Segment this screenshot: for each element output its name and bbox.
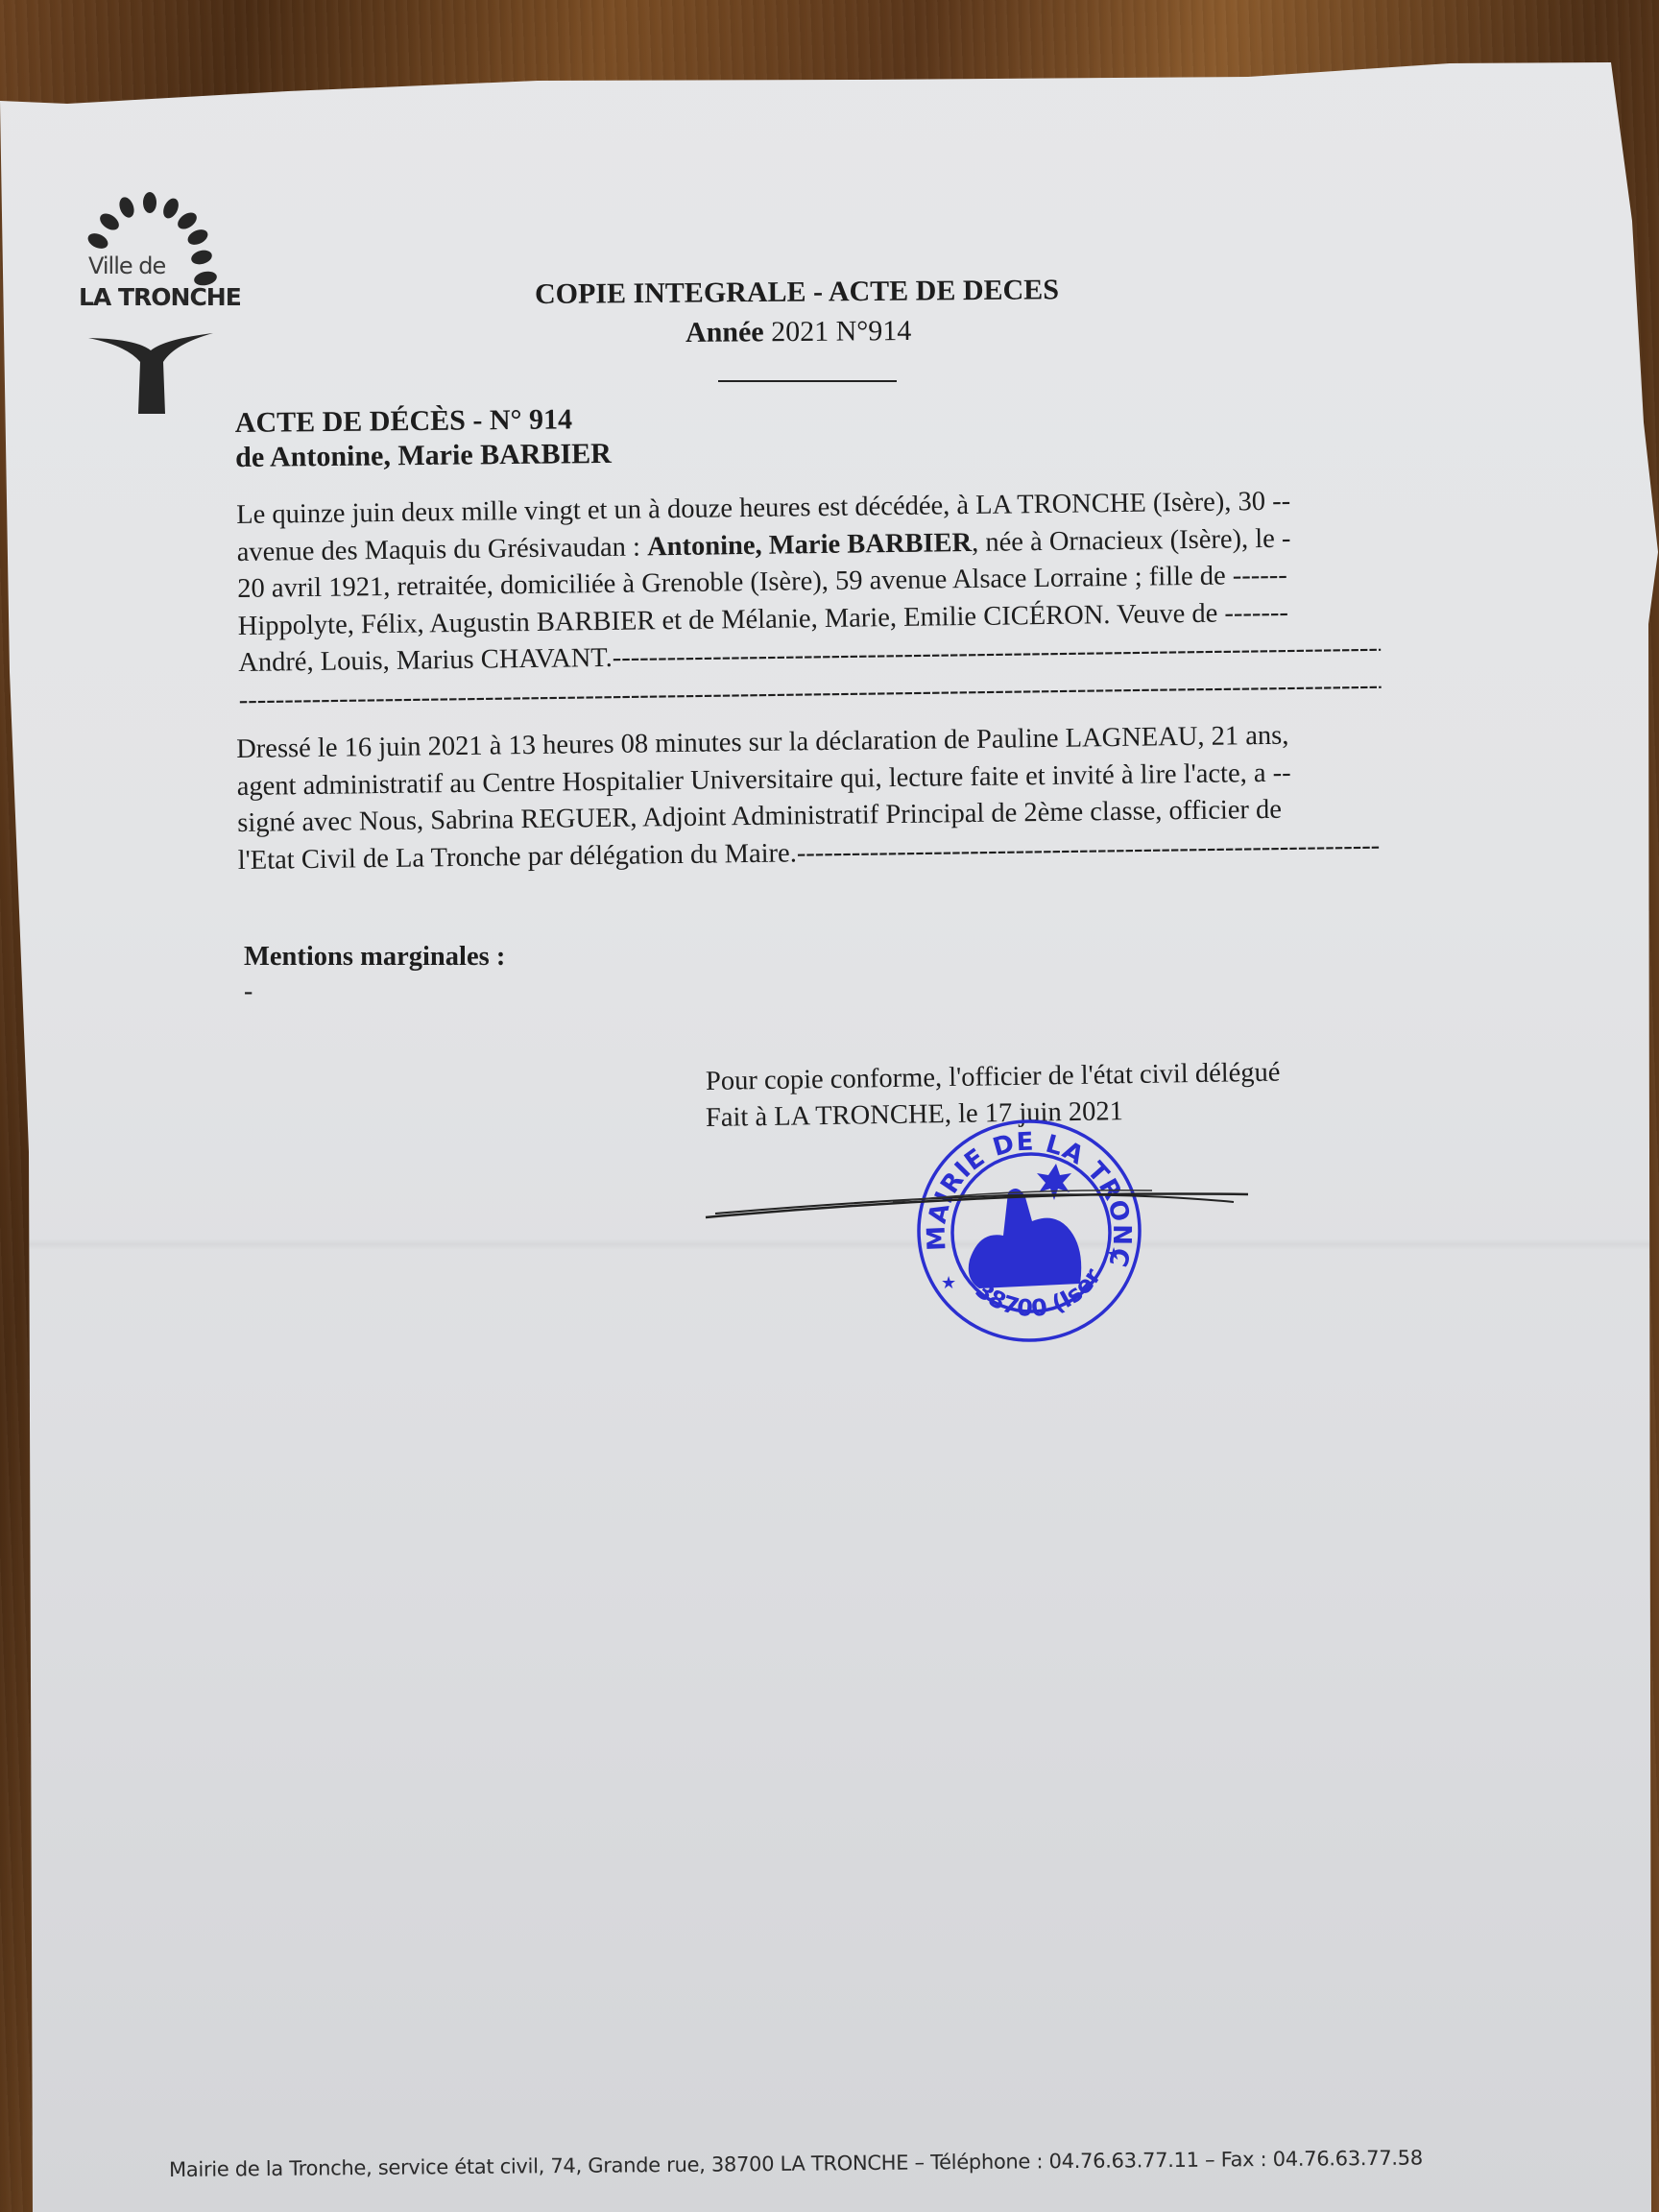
header-rule <box>718 380 897 382</box>
logo-line1: Ville de <box>88 252 165 279</box>
city-logo: Ville de LA TRONCHE <box>79 187 252 418</box>
mentions-label: Mentions marginales : <box>244 939 505 975</box>
logo-line2: LA TRONCHE <box>79 283 241 311</box>
official-stamp: MAIRIE DE LA TRONCHE 38700 (Isère) ★ ★ <box>912 1116 1146 1346</box>
document-title: COPIE INTEGRALE - ACTE DE DECES <box>535 272 1059 313</box>
signature <box>701 1181 1258 1219</box>
death-record-paragraph: Le quinze juin deux mille vingt et un à … <box>236 482 1391 719</box>
star-icon: ★ <box>941 1273 956 1292</box>
document-year: Année 2021 N°914 <box>685 313 912 351</box>
acte-title-line2: de Antonine, Marie BARBIER <box>235 437 612 475</box>
deceased-name: Antonine, Marie BARBIER <box>647 524 973 565</box>
star-icon: ★ <box>1106 1244 1121 1263</box>
dash-filler: ----------------------------------------… <box>797 828 1381 872</box>
declaration-paragraph: Dressé le 16 juin 2021 à 13 heures 08 mi… <box>236 716 1390 879</box>
acte-title-line1: ACTE DE DÉCÈS - N° 914 <box>235 402 612 441</box>
paper-fold <box>0 1238 1659 1250</box>
acte-title: ACTE DE DÉCÈS - N° 914 de Antonine, Mari… <box>235 402 612 475</box>
mentions-value: - <box>244 974 252 1010</box>
document-page: Ville de LA TRONCHE COPIE INTEGRALE - AC… <box>0 0 1659 2212</box>
certification-line1: Pour copie conforme, l'officier de l'éta… <box>706 1055 1281 1100</box>
footer-contact: Mairie de la Tronche, service état civil… <box>169 2146 1423 2181</box>
year-label: Année <box>685 316 764 349</box>
year-value: 2021 N°914 <box>771 315 911 348</box>
